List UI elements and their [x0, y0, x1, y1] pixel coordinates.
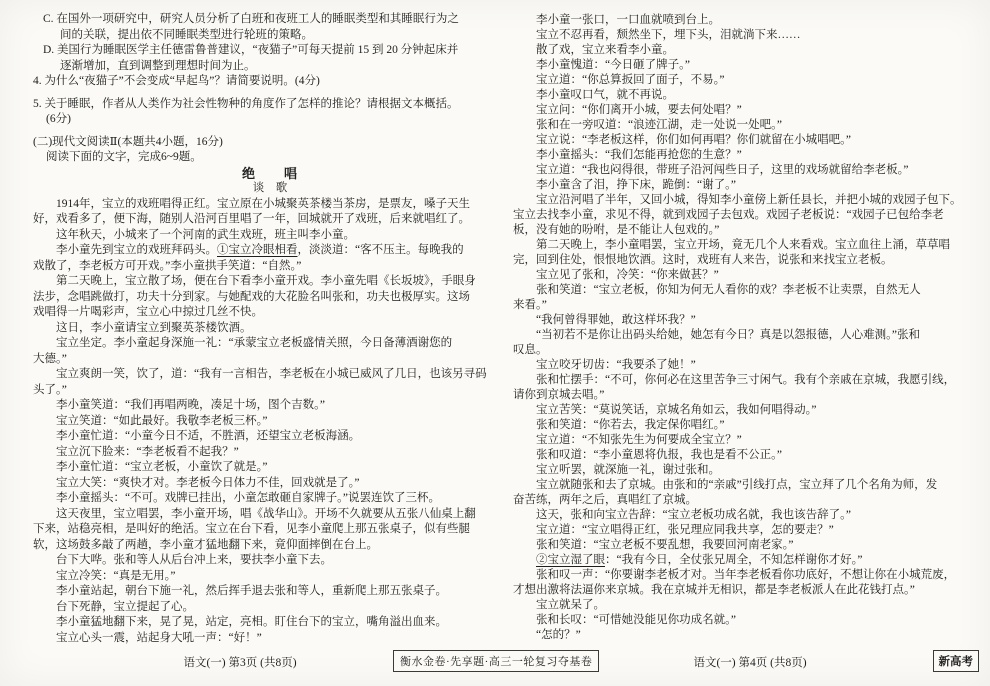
- text-line: C. 在国外一项研究中，研究人员分析了白班和夜班工人的睡眠类型和其睡眠行为之: [33, 12, 507, 28]
- text-line: 台下大哗。张和等人从后台冲上来，要扶李小童下去。: [33, 553, 507, 569]
- text-line: 逐渐增加，直到调整到理想时间为止。: [33, 59, 507, 75]
- text-line: 宝立道：“不知张先生为何要成全宝立？”: [513, 433, 987, 448]
- text-line: 李小童摇头：“不可。戏牌已挂出，小童怎敢砸自家牌子。”说罢连饮了三杯。: [33, 491, 507, 507]
- text-line: 宝立问：“你们离开小城，要去何处唱？”: [513, 103, 987, 118]
- right-page-column: 李小童一张口，一口血就喷到台上。 宝立不忍再看，颓然坐下，埋下头，泪就淌下来………: [513, 13, 987, 643]
- text-line: 张和在一旁叹道：“浪迹江湖，走一处说一处吧。”: [513, 118, 987, 133]
- text-line: 下来，站稳亮相，是叫好的绝活。宝立在台下看，见李小童爬上那五张桌子，似有些腿: [33, 522, 507, 538]
- text-line: 宝立不忍再看，颓然坐下，埋下头，泪就淌下来……: [513, 28, 987, 43]
- text-line: 来看。”: [513, 298, 987, 313]
- text-line: 宝立坐定。李小童起身深施一礼：“承蒙宝立老板盛情关照，今日备薄酒谢您的: [33, 336, 507, 352]
- exam-type-badge: 新高考: [933, 650, 980, 672]
- left-page-column: C. 在国外一项研究中，研究人员分析了白班和夜班工人的睡眠类型和其睡眠行为之间的…: [33, 12, 507, 646]
- text-line: “我何曾得罪她，敢这样坏我？”: [513, 313, 987, 328]
- text-line: 宝立沉下脸来：“李老板看不起我？”: [33, 445, 507, 461]
- text-line: 这天夜里，宝立唱罢，李小童开场，唱《战华山》。开场不久就要从五张八仙桌上翻: [33, 507, 507, 523]
- text-line: 张和笑道：“宝立老板不要乱想，我要回河南老家。”: [513, 538, 987, 553]
- underlined-phrase: ①宝立冷眼相看: [217, 244, 298, 256]
- text-line: 宝立道：“宝立唱得正红，张兄理应同我共享，怎的要走？”: [513, 523, 987, 538]
- text-line: (6分): [33, 112, 507, 128]
- text-line: 李小童站起，朝台下施一礼，然后挥手退去张和等人，重新爬上那五张桌子。: [33, 584, 507, 600]
- text-line: 李小童一张口，一口血就喷到台上。: [513, 13, 987, 28]
- text-line: 请你到京城去唱。”: [513, 388, 987, 403]
- text-line: 李小童忙道：“小童今日不适，不胜酒，还望宝立老板海涵。: [33, 429, 507, 445]
- text-line: 奋苦练，两年之后，真唱红了京城。: [513, 493, 987, 508]
- text-line: 宝立笑道：“如此最好。我敬李老板三杯。”: [33, 414, 507, 430]
- text-line: 4. 为什么“夜猫子”不会变成“早起鸟”？请简要说明。(4分): [33, 74, 507, 90]
- text-line: 宝立就呆了。: [513, 598, 987, 613]
- text-line: “当初若不是你让出码头给她，她怎有今日？真是以怨报德，人心难测。”张和: [513, 328, 987, 343]
- text-line: 间的关联，提出依不同睡眠类型进行轮班的策略。: [33, 28, 507, 44]
- text-line: 李小童摇头：“我们怎能再抢您的生意？”: [513, 148, 987, 163]
- text-line: 第二天晚上，宝立散了场，便在台下看李小童开戏。李小童先唱《长坂坡》，手眼身: [33, 274, 507, 290]
- text-line: ②宝立湿了眼：“我有今日，全仗张兄周全，不知怎样谢你才好。”: [513, 553, 987, 568]
- text-line: 戏唱得一片喝彩声，宝立心中掠过几丝不快。: [33, 305, 507, 321]
- text-line: 李小童叹口气，就不再说。: [513, 88, 987, 103]
- underlined-phrase: ②宝立湿了眼: [536, 554, 605, 566]
- text-line: 张和长叹：“可惜她没能见你功成名就。”: [513, 613, 987, 628]
- text-line: 张和忙摆手：“不可，你何必在这里苦争三寸闲气。我有个亲戚在京城，我愿引线，: [513, 373, 987, 388]
- text-line: 绝 唱: [33, 166, 507, 182]
- text-line: 宝立大笑：“爽快才对。李老板今日体力不佳，回戏就是了。”: [33, 476, 507, 492]
- text-line: 宝立苦笑：“莫说笑话，京城名角如云，我如何唱得动。”: [513, 403, 987, 418]
- text-line: 李小童愧道：“今日砸了牌子。”: [513, 58, 987, 73]
- text-line: 李小童先到宝立的戏班拜码头。①宝立冷眼相看，淡淡道：“客不压主。每晚我的: [33, 243, 507, 259]
- text-line: D. 美国行为睡眠医学主任德雷鲁普建议，“夜猫子”可每天提前 15 到 20 分…: [33, 43, 507, 59]
- text-line: 谈 歌: [33, 181, 507, 197]
- text-line: 李小童忙道：“宝立老板，小童饮了就是。”: [33, 460, 507, 476]
- text-line: 散了戏，宝立来看李小童。: [513, 43, 987, 58]
- text-line: 台下死静，宝立提起了心。: [33, 600, 507, 616]
- text-line: 宝立说：“李老板这样，你们如何再唱？你们就留在小城唱吧。”: [513, 133, 987, 148]
- text-line: 李小童笑道：“我们再唱两晚，凑足十场，图个吉数。”: [33, 398, 507, 414]
- text-line: 5. 关于睡眠，作者从人类作为社会性物种的角度作了怎样的推论？请根据文本概括。: [33, 97, 507, 113]
- text-line: (二)现代文阅读Ⅱ(本题共4小题，16分): [33, 135, 507, 151]
- text-line: 宝立冷笑：“真是无用。”: [33, 569, 507, 585]
- text-line: 宝立见了张和，冷笑：“你来做甚？”: [513, 268, 987, 283]
- text-line: 张和笑道：“你若去，我定保你唱红。”: [513, 418, 987, 433]
- text-line: 宝立沿河唱了半年，又回小城，得知李小童傍上新任县长，并把小城的戏园子包下。: [513, 193, 987, 208]
- text-line: 软，这场鼓多敲了两趟，李小童才猛地翻下来，竟仰面摔倒在台上。: [33, 538, 507, 554]
- page-footer-right: 语文(一) 第4页 (共8页): [513, 654, 987, 670]
- text-line: 1914年，宝立的戏班唱得正红。宝立原在小城聚英茶楼当茶房，是票友，嗓子天生: [33, 197, 507, 213]
- text-line: 宝立听罢，就深施一礼，谢过张和。: [513, 463, 987, 478]
- text-line: 张和叹一声：“你要谢李老板才对。当年李老板看你功底好，不想让你在小城荒废，: [513, 568, 987, 583]
- text-line: 戏散了，李老板方可开戏。”李小童拱手笑道：“自然。”: [33, 259, 507, 275]
- text-line: 法步，念唱跳做打，功夫十分到家。与她配戏的大花脸名叫张和，功夫也极厚实。这场: [33, 290, 507, 306]
- text-line: 板，没有她的吩咐，是不能让人包戏的。”: [513, 223, 987, 238]
- text-line: 张和叹道：“李小童恩将仇报，我也是看不公正。”: [513, 448, 987, 463]
- text-line: 宝立去找李小童，求见不得，就到戏园子去包戏。戏园子老板说：“戏园子已包给李老: [513, 208, 987, 223]
- text-line: 叹息。: [513, 343, 987, 358]
- text-line: 宝立爽朗一笑，饮了，道：“我有一言相告，李老板在小城已威风了几日，也该另寻码: [33, 367, 507, 383]
- text-line: 宝立道：“我也闷得很，带班子沿河闯些日子，这里的戏场就留给李老板。”: [513, 163, 987, 178]
- exam-paper-scan: C. 在国外一项研究中，研究人员分析了白班和夜班工人的睡眠类型和其睡眠行为之间的…: [0, 0, 990, 686]
- text-line: “怎的？”: [513, 628, 987, 643]
- text-line: 这年秋天，小城来了一个河南的武生戏班，班主叫李小童。: [33, 228, 507, 244]
- text-line: 宝立心头一震，站起身大吼一声：“好！”: [33, 631, 507, 647]
- text-line: 张和笑道：“宝立老板，你知为何无人看你的戏？李老板不让卖票，自然无人: [513, 283, 987, 298]
- text-line: 第二天晚上，李小童唱罢，宝立开场，竟无几个人来看戏。宝立血往上涌，草草唱: [513, 238, 987, 253]
- text-line: 完，回到住处，恨恨地饮酒。这时，戏班有人来告，说张和来找宝立老板。: [513, 253, 987, 268]
- text-line: 这天，张和向宝立告辞：“宝立老板功成名就，我也该告辞了。”: [513, 508, 987, 523]
- text-line: 大德。”: [33, 352, 507, 368]
- text-line: 宝立就随张和去了京城。由张和的“亲戚”引线打点，宝立拜了几个名角为师，发: [513, 478, 987, 493]
- text-line: 李小童猛地翻下来，晃了晃，站定，亮相。盯住台下的宝立，嘴角溢出血来。: [33, 615, 507, 631]
- text-line: 宝立咬牙切齿：“我要杀了她！”: [513, 358, 987, 373]
- text-line: 宝立道：“你总算扳回了面子，不易。”: [513, 73, 987, 88]
- text-line: 阅读下面的文字，完成6~9题。: [33, 150, 507, 166]
- text-line: 头了。”: [33, 383, 507, 399]
- text-line: 这日，李小童请宝立到聚英茶楼饮酒。: [33, 321, 507, 337]
- text-line: 好，戏看多了，便下海，随别人沿河百里唱了一年，回城就开了戏班，后来就唱红了。: [33, 212, 507, 228]
- text-line: 李小童含了泪，挣下床，跪倒：“谢了。”: [513, 178, 987, 193]
- text-line: 才想出激将法逼你来京城。我在京城并无相识，都是李老板派人在此花钱打点。”: [513, 583, 987, 598]
